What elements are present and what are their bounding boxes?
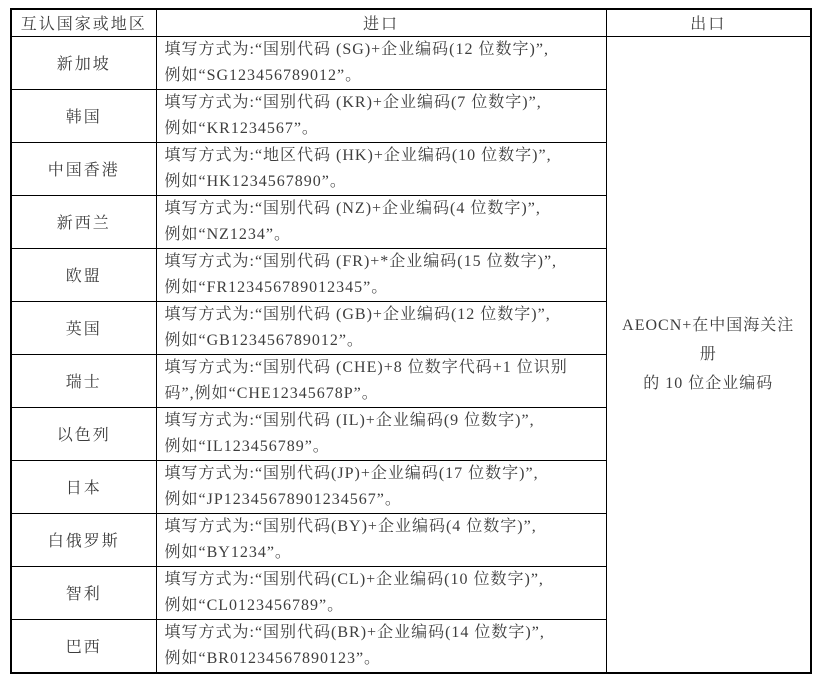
import-cell: 填写方式为:“地区代码 (HK)+企业编码(10 位数字)”, 例如“HK123… (156, 142, 606, 195)
import-cell: 填写方式为:“国别代码 (SG)+企业编码(12 位数字)”, 例如“SG123… (156, 36, 606, 89)
region-cell: 韩国 (11, 89, 156, 142)
import-cell: 填写方式为:“国别代码 (GB)+企业编码(12 位数字)”, 例如“GB123… (156, 301, 606, 354)
header-import: 进口 (156, 9, 606, 36)
import-cell: 填写方式为:“国别代码(BR)+企业编码(14 位数字)”, 例如“BR0123… (156, 619, 606, 673)
region-cell: 新加坡 (11, 36, 156, 89)
region-cell: 英国 (11, 301, 156, 354)
import-cell: 填写方式为:“国别代码(JP)+企业编码(17 位数字)”, 例如“JP1234… (156, 460, 606, 513)
import-cell: 填写方式为:“国别代码 (IL)+企业编码(9 位数字)”, 例如“IL1234… (156, 407, 606, 460)
region-cell: 白俄罗斯 (11, 513, 156, 566)
aeo-code-table: 互认国家或地区 进口 出口 新加坡 填写方式为:“国别代码 (SG)+企业编码(… (10, 8, 812, 674)
import-cell: 填写方式为:“国别代码 (KR)+企业编码(7 位数字)”, 例如“KR1234… (156, 89, 606, 142)
import-cell: 填写方式为:“国别代码 (FR)+*企业编码(15 位数字)”, 例如“FR12… (156, 248, 606, 301)
import-cell: 填写方式为:“国别代码 (NZ)+企业编码(4 位数字)”, 例如“NZ1234… (156, 195, 606, 248)
region-cell: 日本 (11, 460, 156, 513)
import-cell: 填写方式为:“国别代码(BY)+企业编码(4 位数字)”, 例如“BY1234”… (156, 513, 606, 566)
region-cell: 中国香港 (11, 142, 156, 195)
region-cell: 欧盟 (11, 248, 156, 301)
table-header-row: 互认国家或地区 进口 出口 (11, 9, 811, 36)
region-cell: 巴西 (11, 619, 156, 673)
table-row-singapore: 新加坡 填写方式为:“国别代码 (SG)+企业编码(12 位数字)”, 例如“S… (11, 36, 811, 89)
region-cell: 智利 (11, 566, 156, 619)
region-cell: 瑞士 (11, 354, 156, 407)
region-cell: 新西兰 (11, 195, 156, 248)
import-cell: 填写方式为:“国别代码 (CHE)+8 位数字代码+1 位识别 码”,例如“CH… (156, 354, 606, 407)
import-cell: 填写方式为:“国别代码(CL)+企业编码(10 位数字)”, 例如“CL0123… (156, 566, 606, 619)
export-cell: AEOCN+在中国海关注册 的 10 位企业编码 (606, 36, 811, 673)
header-export: 出口 (606, 9, 811, 36)
region-cell: 以色列 (11, 407, 156, 460)
document-page: 互认国家或地区 进口 出口 新加坡 填写方式为:“国别代码 (SG)+企业编码(… (0, 0, 821, 677)
header-region: 互认国家或地区 (11, 9, 156, 36)
